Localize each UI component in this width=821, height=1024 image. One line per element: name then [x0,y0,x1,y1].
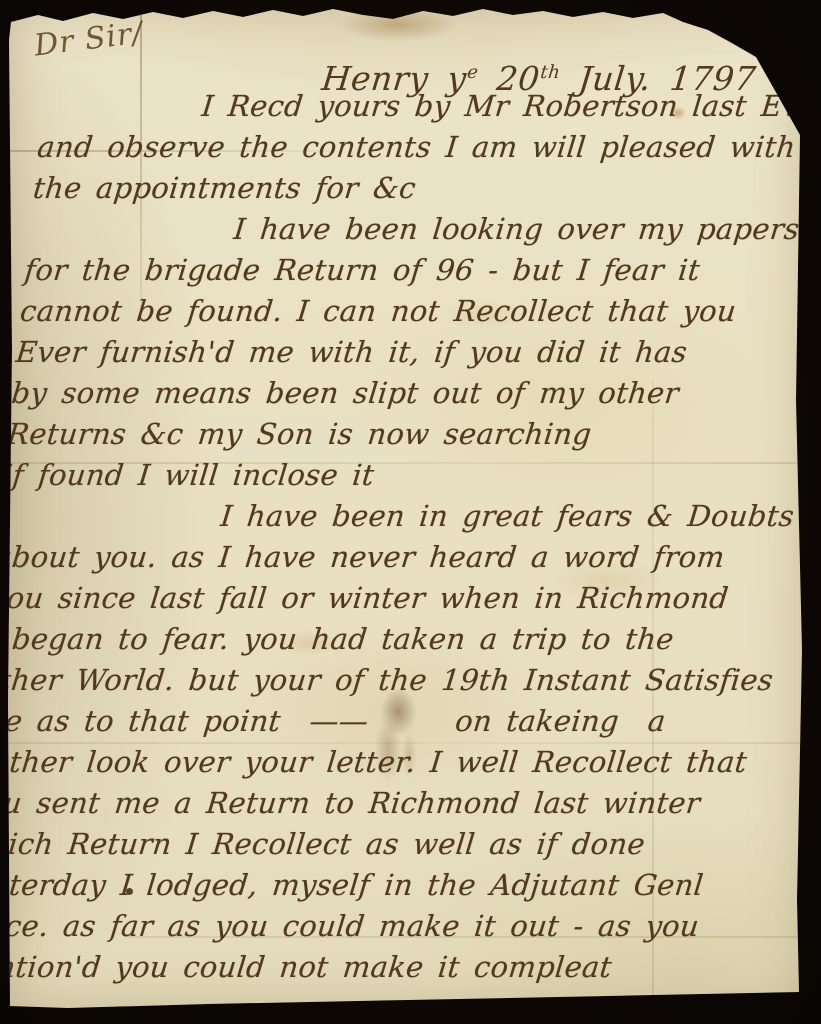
letter-body: I Recd yours by Mr Robertson last Evenin… [0,86,800,988]
letter-line: you sent me a Return to Richmond last wi… [0,783,727,824]
letter-line: Returns &c my Son is now searching [5,414,765,455]
letter-line: and observe the contents I am will pleas… [35,127,795,168]
letter-line: I have been in great fears & Doubts [0,496,757,537]
letter-line: I Recd yours by Mr Robertson last Evenin… [40,86,800,127]
letter-line: office. as far as you could make it out … [0,906,714,947]
letter-line: by some means been slipt out of my other [10,373,770,414]
letter-line: you since last fall or winter when in Ri… [0,578,748,619]
letter-line: which Return I Recollect as well as if d… [0,824,722,865]
letter-page: Dr Sir/ Henry ye 20th July. 1797 I Recd … [8,0,807,1012]
letter-line: cannot be found. I can not Recollect tha… [18,291,778,332]
dateline-sup-th: th [539,62,561,83]
letter-line: the appointments for &c [31,168,791,209]
letter-line: yesterday I lodged, myself in the Adjuta… [0,865,718,906]
letter-line: I began to fear. you had taken a trip to… [0,619,744,660]
letter-line: Ever furnish'd me with it, if you did it… [14,332,774,373]
letter-line: I have been looking over my papers [27,209,787,250]
letter-line: nother look over your letter. I well Rec… [0,742,731,783]
letter-line: me as to that point —— on takeing a [0,701,735,742]
letter-line: other World. but your of the 19th Instan… [0,660,740,701]
letter-line: for the brigade Return of 96 - but I fea… [22,250,782,291]
letter-line: if found I will inclose it [1,455,761,496]
letter-line: mention'd you could not make it compleat [0,947,710,988]
docket-note: Dr Sir/ [32,15,145,63]
letter-line: about you. as I have never heard a word … [0,537,753,578]
scan-background: Dr Sir/ Henry ye 20th July. 1797 I Recd … [0,0,821,1024]
